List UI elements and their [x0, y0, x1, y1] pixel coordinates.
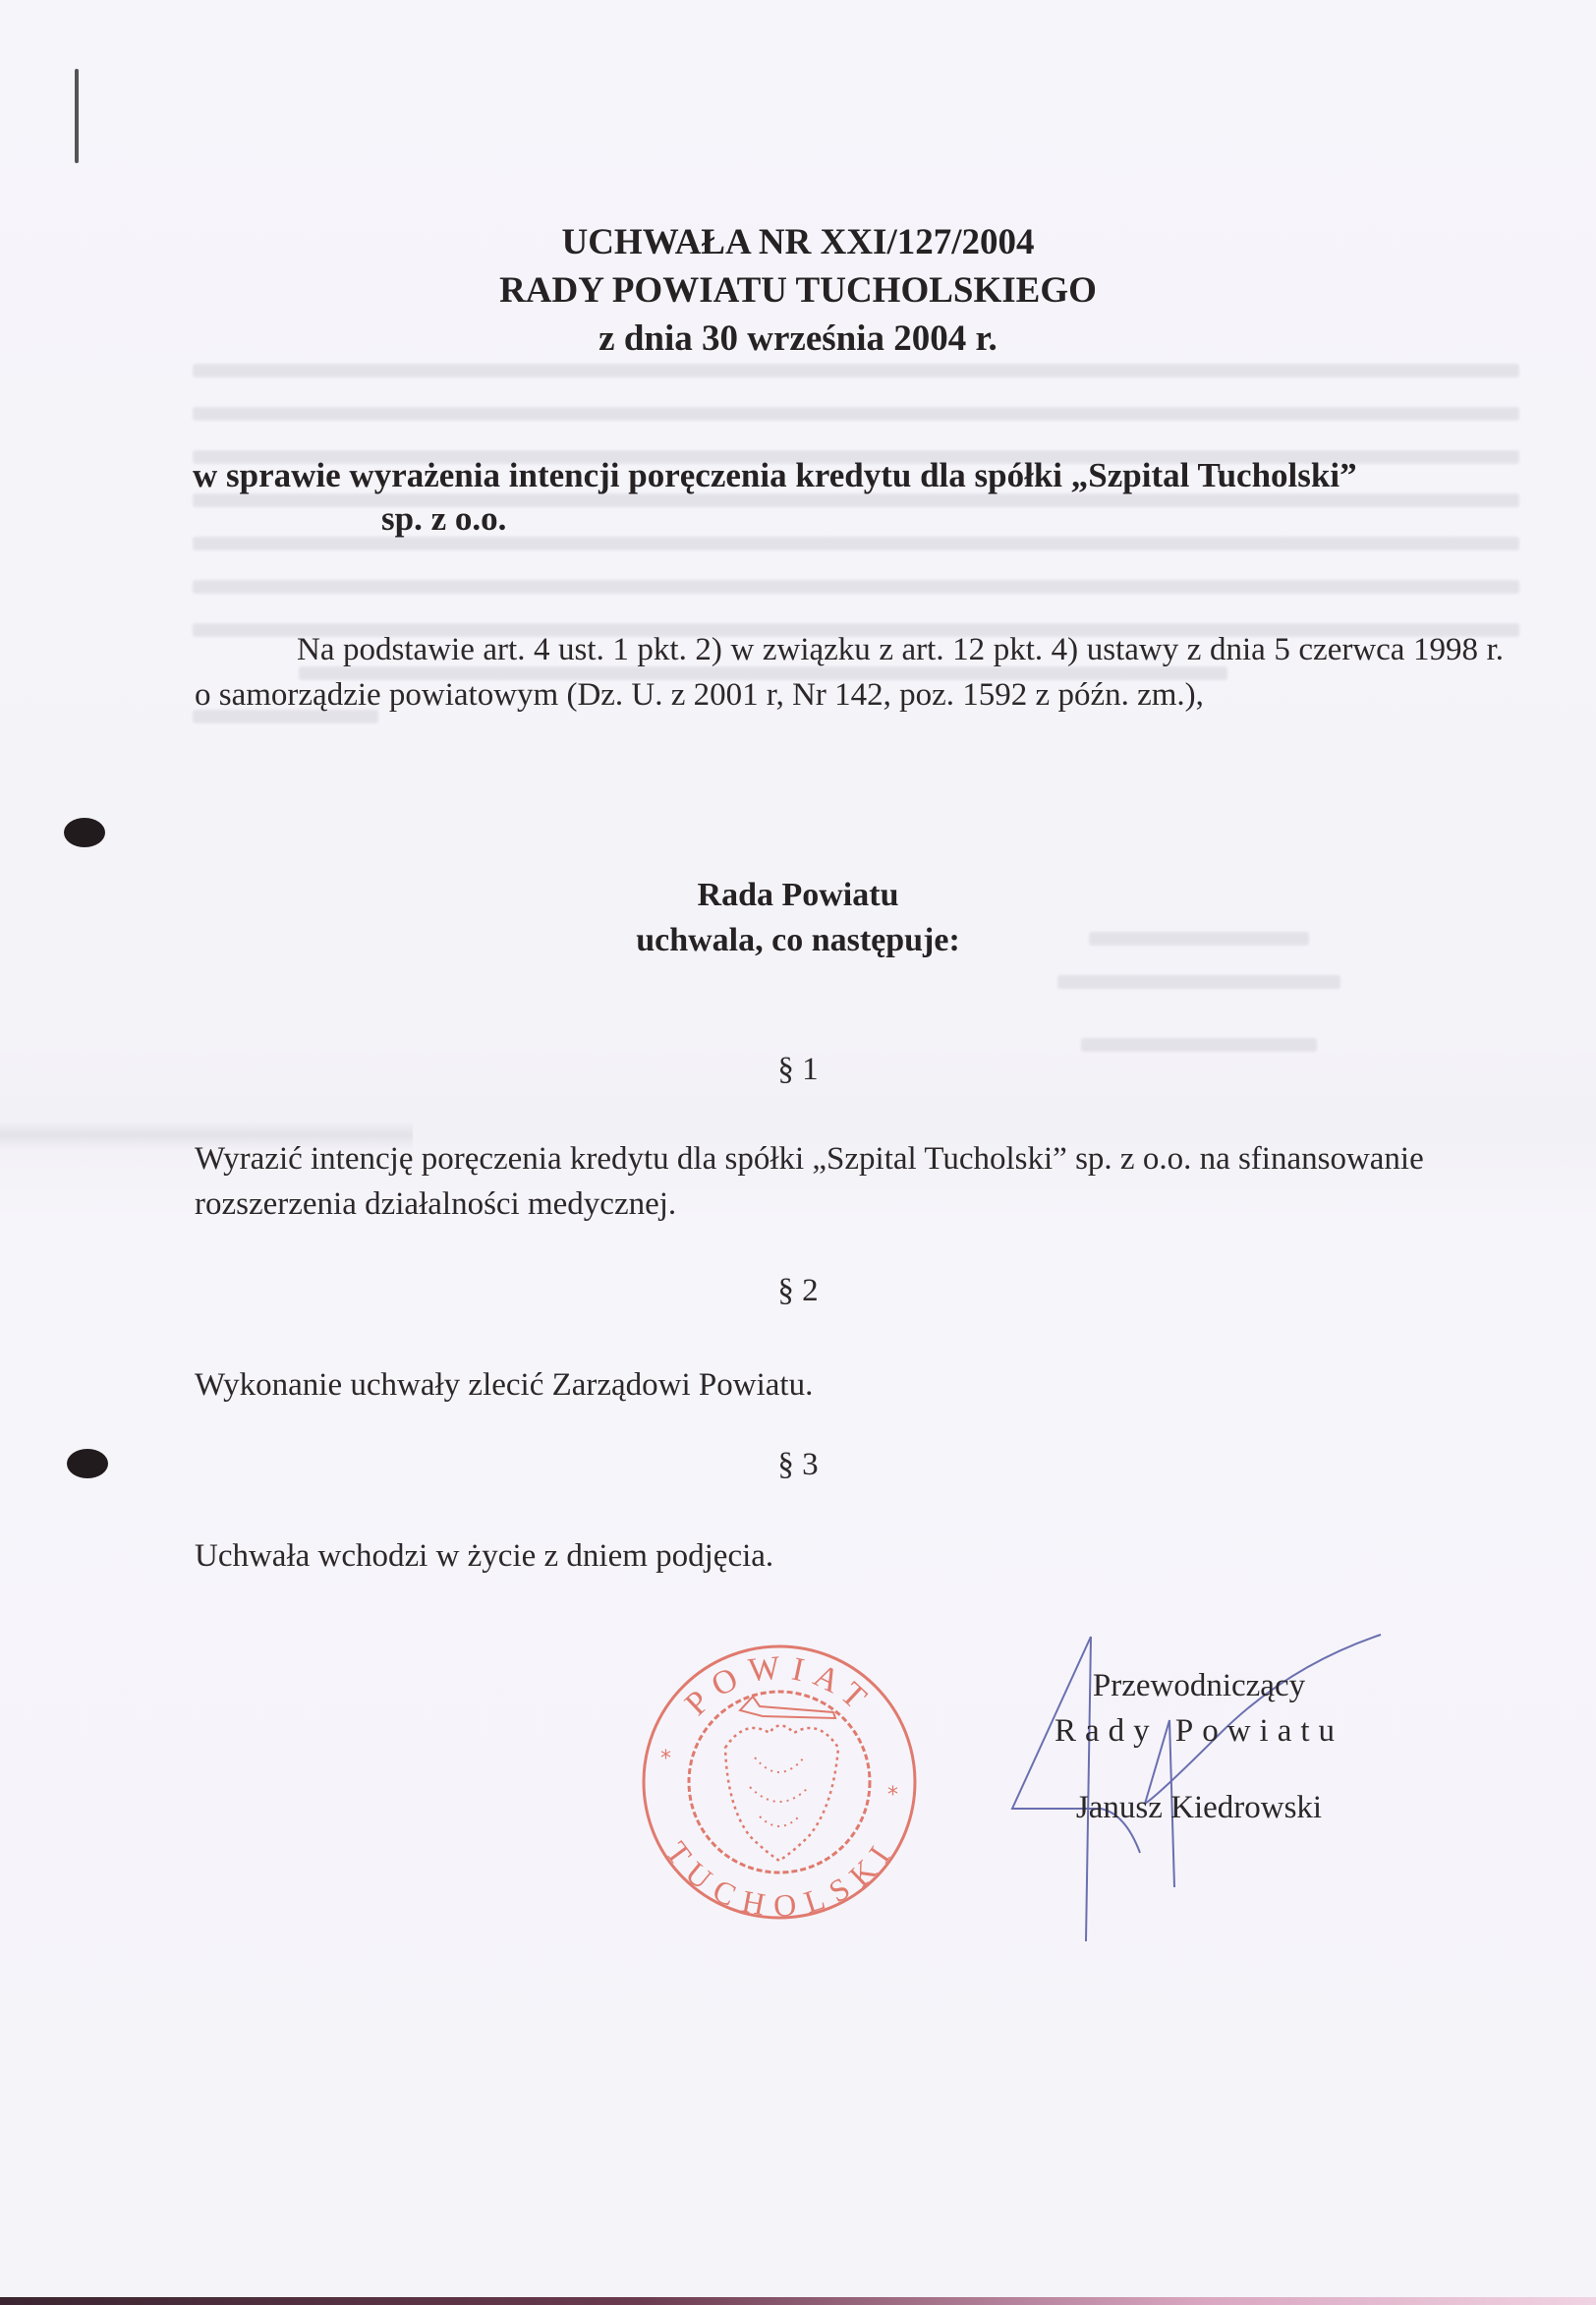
- section-text-1: Wyrazić intencję poręczenia kredytu dla …: [195, 1136, 1511, 1227]
- resolution-header: UCHWAŁA NR XXI/127/2004 RADY POWIATU TUC…: [0, 218, 1596, 363]
- resolving-body: Rada Powiatu uchwala, co następuje:: [0, 873, 1596, 963]
- svg-text:TUCHOLSKI: TUCHOLSKI: [659, 1835, 900, 1924]
- eagle-emblem-icon: POWIAT TUCHOLSKI * *: [637, 1640, 922, 1925]
- scan-edge: [0, 2297, 1596, 2305]
- section-mark-2: § 2: [0, 1273, 1596, 1309]
- resolves-clause: uchwala, co następuje:: [0, 918, 1596, 963]
- subject-line-2: sp. z o.o.: [193, 497, 1529, 541]
- staple-mark: [75, 69, 79, 163]
- punch-hole: [64, 818, 105, 847]
- svg-text:*: *: [660, 1747, 671, 1771]
- scanned-document-page: UCHWAŁA NR XXI/127/2004 RADY POWIATU TUC…: [0, 0, 1596, 2305]
- svg-text:*: *: [887, 1783, 898, 1808]
- section-text-3: Uchwała wchodzi w życie z dniem podjęcia…: [195, 1533, 1511, 1579]
- section-mark-1: § 1: [0, 1052, 1596, 1088]
- subject-line-1: w sprawie wyrażenia intencji poręczenia …: [193, 456, 1357, 494]
- legal-basis-paragraph: Na podstawie art. 4 ust. 1 pkt. 2) w zwi…: [195, 627, 1504, 718]
- signatory-title: Przewodniczący: [1022, 1663, 1376, 1708]
- legal-basis-text: Na podstawie art. 4 ust. 1 pkt. 2) w zwi…: [195, 632, 1504, 713]
- section-mark-3: § 3: [0, 1447, 1596, 1483]
- resolution-subject: w sprawie wyrażenia intencji poręczenia …: [193, 454, 1529, 541]
- official-stamp: POWIAT TUCHOLSKI * *: [637, 1640, 922, 1925]
- signatory-council: Rady Powiatu: [1022, 1708, 1376, 1754]
- resolution-number: UCHWAŁA NR XXI/127/2004: [0, 218, 1596, 266]
- issuing-council: RADY POWIATU TUCHOLSKIEGO: [0, 266, 1596, 315]
- council-name: Rada Powiatu: [0, 873, 1596, 918]
- svg-text:POWIAT: POWIAT: [678, 1649, 881, 1723]
- signatory-name: Janusz Kiedrowski: [1022, 1785, 1376, 1830]
- section-text-2: Wykonanie uchwały zlecić Zarządowi Powia…: [195, 1362, 1511, 1408]
- resolution-date: z dnia 30 września 2004 r.: [0, 315, 1596, 363]
- signature-block: Przewodniczący Rady Powiatu Janusz Kiedr…: [1022, 1663, 1376, 1830]
